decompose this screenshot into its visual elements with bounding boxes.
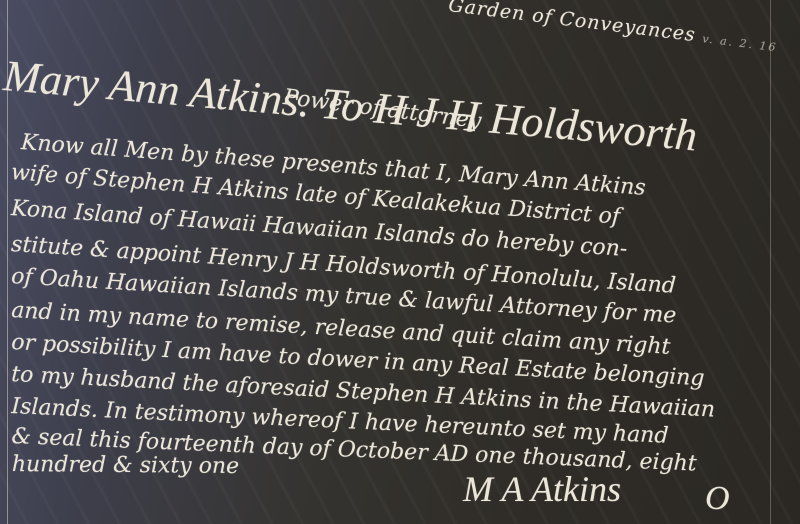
document-page: Garden of Conveyances v. a. 2. 16 Mary A…	[0, 0, 800, 524]
right-margin-rule	[770, 0, 771, 524]
signature: M A Atkins	[463, 468, 621, 510]
index-mark: v. a. 2. 16	[702, 32, 778, 54]
body-line: hundred & sixty one	[12, 452, 239, 479]
seal-mark: O	[705, 480, 730, 518]
index-heading-text: Garden of Conveyances	[447, 0, 697, 46]
index-heading: Garden of Conveyances v. a. 2. 16	[447, 0, 779, 56]
